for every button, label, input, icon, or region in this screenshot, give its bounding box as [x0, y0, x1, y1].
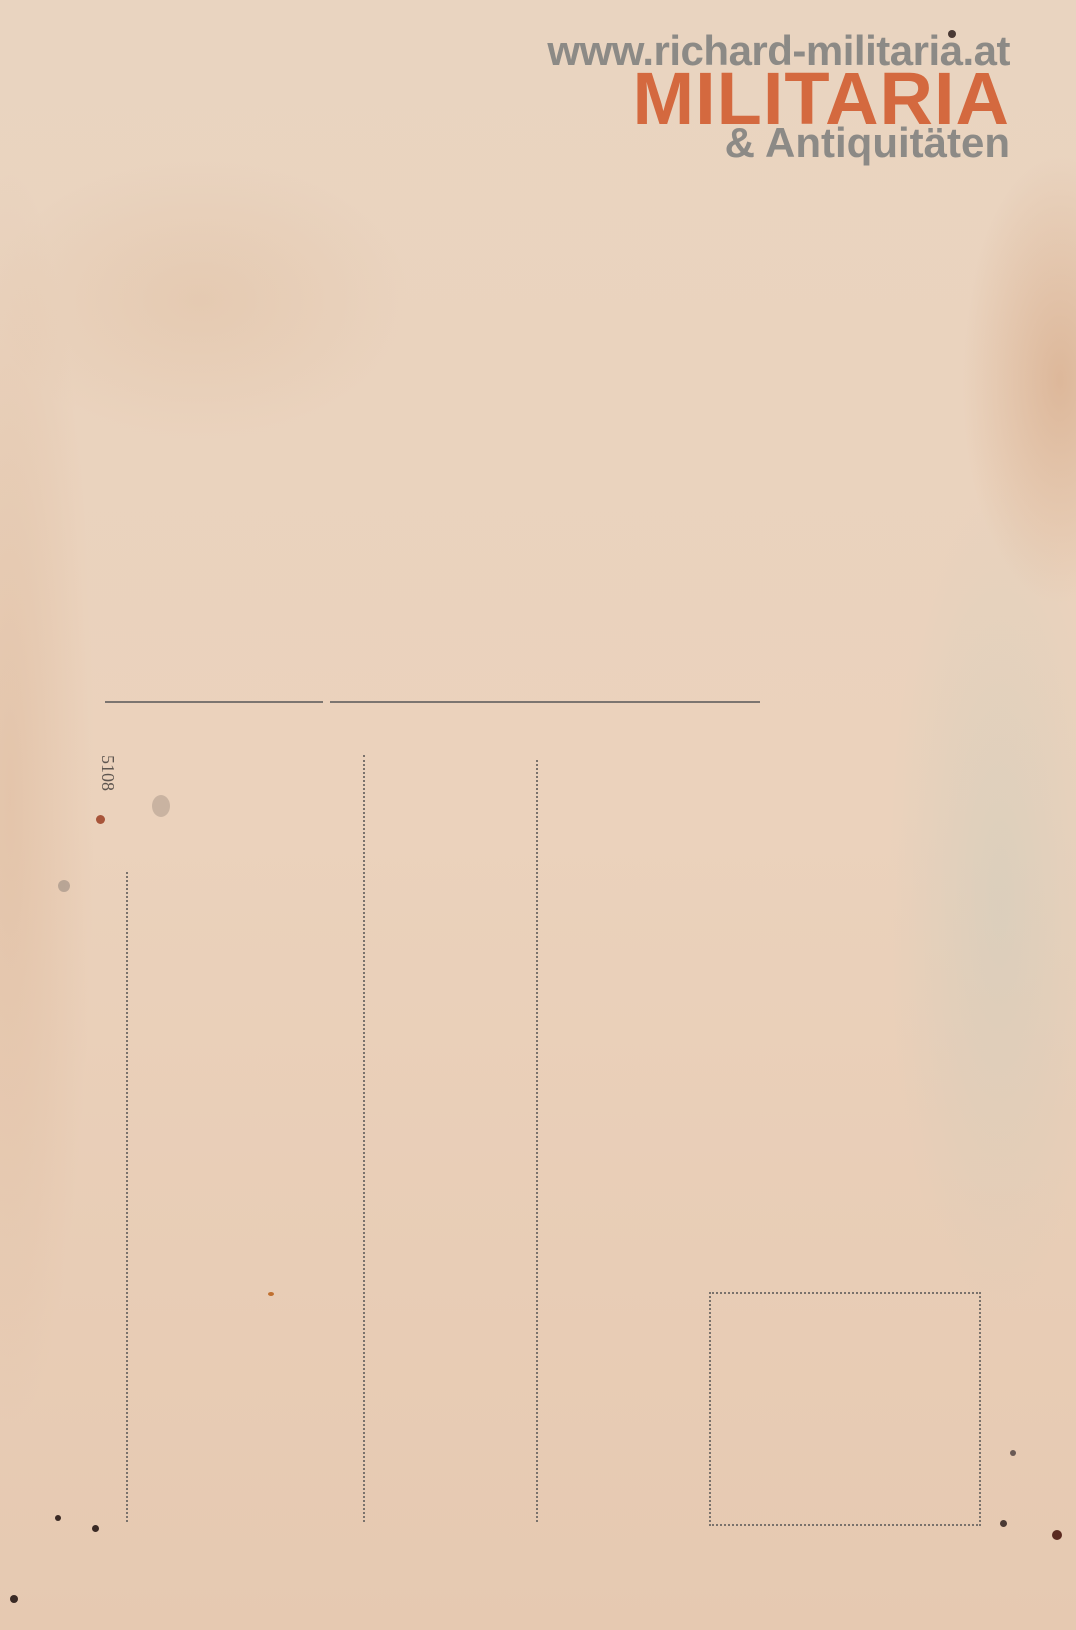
stain-spot [268, 1292, 274, 1296]
divider-line-left [105, 701, 323, 703]
serial-number: 5108 [97, 755, 118, 791]
stain-spot [96, 815, 105, 824]
stain-spot [55, 1515, 61, 1521]
stain-spot [1010, 1450, 1016, 1456]
stain-spot [1052, 1530, 1062, 1540]
dotted-line-1 [126, 872, 128, 1522]
stain-spot [948, 30, 956, 38]
dotted-line-2 [363, 755, 365, 1522]
watermark-subtitle: & Antiquitäten [725, 122, 1010, 164]
stain-spot [10, 1595, 18, 1603]
stain-spot [152, 795, 170, 817]
stain-spot [58, 880, 70, 892]
dotted-line-3 [536, 760, 538, 1522]
stain-spot [92, 1525, 99, 1532]
stain-spot [1000, 1520, 1007, 1527]
stamp-box [709, 1292, 981, 1526]
postcard-back: www.richard-militaria.at MILITARIA & Ant… [0, 0, 1076, 1630]
divider-line-right [330, 701, 760, 703]
